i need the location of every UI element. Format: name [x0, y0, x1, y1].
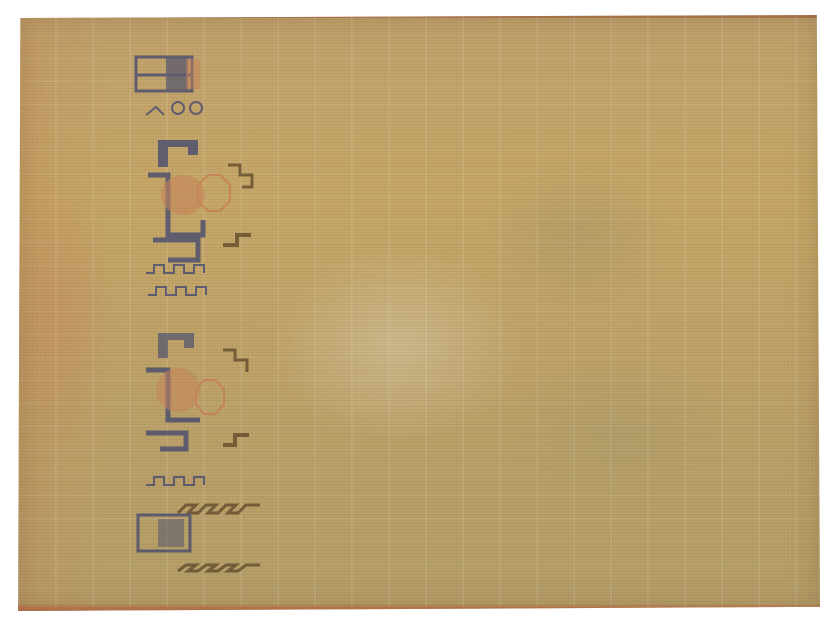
key-band-1: [146, 265, 206, 295]
rug: [18, 15, 820, 611]
cross-medallion-top: [136, 57, 200, 91]
rug-border-motifs: [18, 15, 820, 611]
zigzag-band-1: [178, 505, 260, 513]
medallion-2: [146, 333, 249, 449]
medallion-1: [148, 140, 252, 260]
zigzag-band-2: [178, 565, 260, 571]
scroll-motif-1: [146, 102, 202, 115]
cross-medallion-bottom: [138, 515, 190, 551]
key-band-2: [146, 477, 204, 485]
